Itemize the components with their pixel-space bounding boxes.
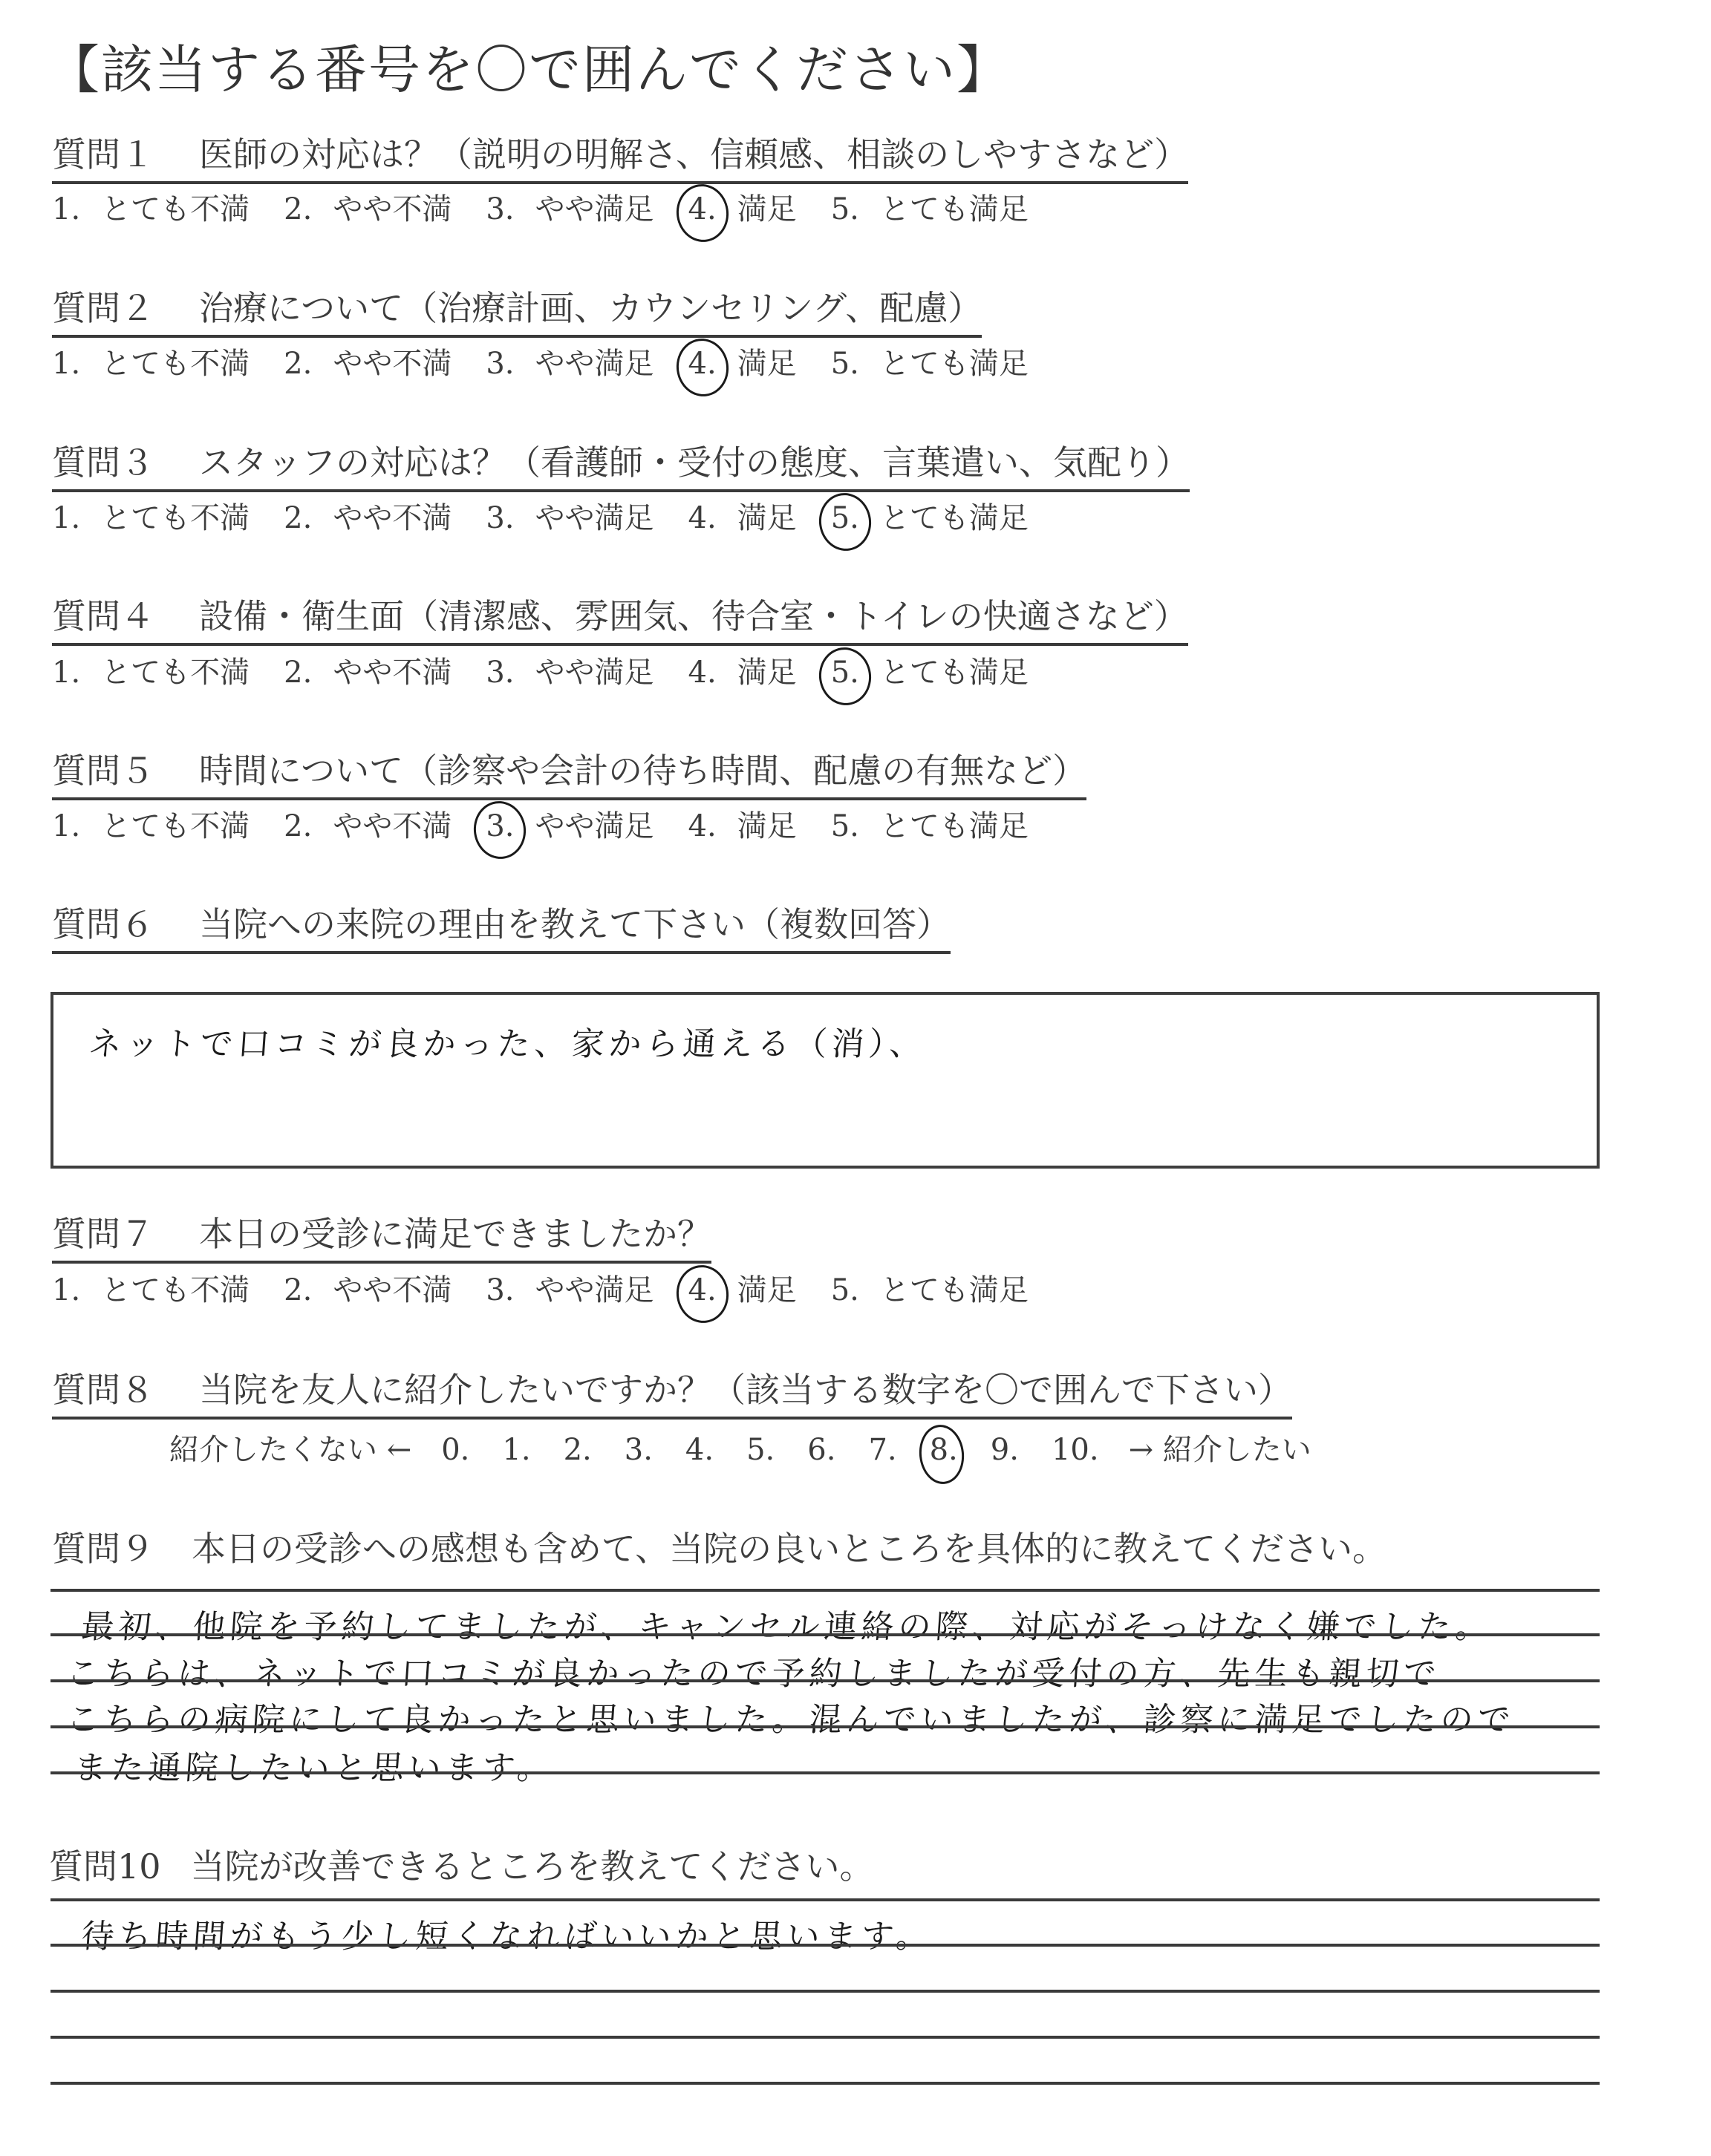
rating-option-2[interactable]: 2.やや不満 (284, 189, 452, 230)
option-label: やや不満 (333, 347, 452, 381)
question-number: 質問８ (52, 1370, 154, 1410)
scale-values[interactable]: 0.1.2.3.4.5.6.7.8.9.10. (425, 1429, 1115, 1471)
question-number: 質問６ (52, 904, 154, 944)
question-number: 質問２ (52, 288, 154, 328)
option-label: とても不満 (101, 809, 250, 843)
rating-option-1[interactable]: 1.とても不満 (52, 652, 250, 693)
rating-option-2[interactable]: 2.やや不満 (284, 1270, 452, 1311)
rating-option-1[interactable]: 1.とても不満 (52, 1270, 250, 1311)
option-number: 2. (284, 806, 312, 847)
option-label: 満足 (737, 192, 797, 226)
scale-value-10[interactable]: 10. (1052, 1429, 1099, 1471)
question-9-header: 質問９本日の受診への感想も含めて、当院の良いところを具体的に教えてください。 (52, 1522, 1386, 1571)
rating-option-2[interactable]: 2.やや不満 (284, 806, 452, 847)
question-number: 質問10 (49, 1846, 161, 1886)
option-label: とても満足 (880, 1273, 1029, 1307)
option-label: やや満足 (535, 1273, 654, 1307)
scale-value-9[interactable]: 9. (991, 1429, 1019, 1471)
question-6-answer: ネットで口コミが良かった、家から通える（消）、 (88, 1017, 928, 1065)
rating-option-1[interactable]: 1.とても不満 (52, 189, 250, 230)
option-number: 3. (486, 497, 514, 539)
question-9-answer-line-1: 最初、他院を予約してましたが、キャンセル連絡の際、対応がそっけなく嫌でした。 (80, 1600, 1494, 1647)
scale-value-4[interactable]: 4. (685, 1429, 714, 1471)
option-label: やや満足 (535, 501, 654, 535)
scale-value-6[interactable]: 6. (807, 1429, 835, 1471)
rating-option-5[interactable]: 5.とても満足 (831, 652, 1029, 693)
option-number: 1. (52, 652, 80, 693)
answer-line (50, 1898, 1600, 1901)
option-label: とても不満 (101, 501, 250, 535)
question-text: 本日の受診への感想も含めて、当院の良いところを具体的に教えてください。 (192, 1529, 1386, 1569)
rating-option-5[interactable]: 5.とても満足 (831, 343, 1029, 385)
option-number: 1. (52, 189, 80, 230)
question-7-options[interactable]: 1.とても不満2.やや不満3.やや満足4.満足5.とても満足 (52, 1270, 1063, 1311)
question-4-options[interactable]: 1.とても不満2.やや不満3.やや満足4.満足5.とても満足 (52, 652, 1063, 693)
option-number: 4. (688, 343, 717, 385)
question-10-answer-line-1: 待ち時間がもう少し短くなればいいかと思います。 (80, 1910, 935, 1957)
question-text: 設備・衛生面（清潔感、雰囲気、待合室・トイレの快適さなど） (199, 596, 1188, 636)
option-number: 3. (486, 1270, 514, 1311)
option-number: 2. (284, 189, 312, 230)
option-number: 1. (52, 1270, 80, 1311)
rating-option-3[interactable]: 3.やや満足 (486, 1270, 654, 1311)
option-label: やや不満 (333, 656, 452, 690)
option-number: 3. (486, 652, 514, 693)
rating-option-5[interactable]: 5.とても満足 (831, 497, 1029, 539)
option-number: 3. (486, 806, 514, 847)
question-text: 当院への来院の理由を教えて下さい（複数回答） (199, 904, 951, 944)
option-label: やや不満 (333, 1273, 452, 1307)
question-1-options[interactable]: 1.とても不満2.やや不満3.やや満足4.満足5.とても満足 (52, 189, 1063, 230)
option-number: 5. (831, 189, 859, 230)
question-text: 当院を友人に紹介したいですか？（該当する数字を〇で囲んで下さい） (199, 1370, 1292, 1410)
rating-option-4[interactable]: 4.満足 (688, 343, 797, 385)
question-4-header: 質問４設備・衛生面（清潔感、雰囲気、待合室・トイレの快適さなど） (52, 594, 1188, 646)
question-number: 質問５ (52, 751, 154, 791)
question-text: 当院が改善できるところを教えてください。 (191, 1846, 874, 1886)
option-number: 5. (831, 343, 859, 385)
question-number: 質問９ (52, 1529, 154, 1569)
answer-line (50, 1771, 1600, 1774)
question-text: 時間について（診察や会計の待ち時間、配慮の有無など） (199, 751, 1086, 791)
question-number: 質問４ (52, 596, 154, 636)
option-label: とても満足 (880, 347, 1029, 381)
option-label: とても満足 (880, 192, 1029, 226)
option-label: 満足 (737, 809, 797, 843)
question-text: 治療について（治療計画、カウンセリング、配慮） (199, 288, 982, 328)
option-label: 満足 (737, 656, 797, 690)
option-number: 4. (688, 189, 717, 230)
scale-left-label: 紹介したくない ← (169, 1429, 411, 1471)
option-label: やや満足 (535, 809, 654, 843)
option-label: とても満足 (880, 656, 1029, 690)
page-title: 【該当する番号を〇で囲んでください】 (48, 28, 1010, 103)
scale-value-8[interactable]: 8. (930, 1429, 958, 1471)
scale-right-label: → 紹介したい (1129, 1429, 1311, 1471)
answer-line (50, 1633, 1600, 1636)
question-3-options[interactable]: 1.とても不満2.やや不満3.やや満足4.満足5.とても満足 (52, 497, 1063, 539)
rating-option-3[interactable]: 3.やや満足 (486, 806, 654, 847)
answer-line (50, 1944, 1600, 1947)
question-3-header: 質問３スタッフの対応は？（看護師・受付の態度、言葉遣い、気配り） (52, 440, 1190, 492)
rating-option-3[interactable]: 3.やや満足 (486, 497, 654, 539)
answer-line (50, 2036, 1600, 2039)
question-text: スタッフの対応は？（看護師・受付の態度、言葉遣い、気配り） (199, 442, 1190, 483)
option-number: 4. (688, 806, 717, 847)
question-1-header: 質問１医師の対応は？（説明の明解さ、信頼感、相談のしやすさなど） (52, 132, 1188, 184)
option-number: 3. (486, 189, 514, 230)
rating-option-1[interactable]: 1.とても不満 (52, 343, 250, 385)
option-label: やや満足 (535, 192, 654, 226)
rating-option-5[interactable]: 5.とても満足 (831, 806, 1029, 847)
answer-line (50, 2082, 1600, 2085)
rating-option-3[interactable]: 3.やや満足 (486, 343, 654, 385)
option-number: 2. (284, 652, 312, 693)
option-number: 1. (52, 497, 80, 539)
rating-option-4[interactable]: 4.満足 (688, 1270, 797, 1311)
rating-option-4[interactable]: 4.満足 (688, 497, 797, 539)
rating-option-4[interactable]: 4.満足 (688, 806, 797, 847)
answer-line (50, 1589, 1600, 1592)
answer-line (50, 1679, 1600, 1682)
option-label: 満足 (737, 501, 797, 535)
option-number: 1. (52, 806, 80, 847)
question-2-header: 質問２治療について（治療計画、カウンセリング、配慮） (52, 286, 982, 338)
question-number: 質問７ (52, 1214, 154, 1254)
scale-value-3[interactable]: 3. (625, 1429, 653, 1471)
question-number: 質問１ (52, 134, 154, 174)
scale-value-0[interactable]: 0. (441, 1429, 469, 1471)
option-label: やや不満 (333, 501, 452, 535)
question-9-answer-line-3: こちらの病院にして良かったと思いました。混んでいましたが、診察に満足でしたので (65, 1693, 1516, 1740)
question-8-header: 質問８当院を友人に紹介したいですか？（該当する数字を〇で囲んで下さい） (52, 1368, 1292, 1420)
option-label: やや不満 (333, 809, 452, 843)
question-10-header: 質問10当院が改善できるところを教えてください。 (49, 1840, 874, 1889)
option-number: 4. (688, 497, 717, 539)
option-label: とても不満 (101, 192, 250, 226)
question-2-options[interactable]: 1.とても不満2.やや不満3.やや満足4.満足5.とても満足 (52, 343, 1063, 385)
question-9-answer-line-4: また通院したいと思います。 (73, 1741, 556, 1788)
option-label: やや満足 (535, 656, 654, 690)
question-8-scale[interactable]: 紹介したくない ← 0.1.2.3.4.5.6.7.8.9.10. → 紹介した… (156, 1429, 1325, 1471)
scale-value-2[interactable]: 2. (564, 1429, 592, 1471)
question-5-header: 質問５時間について（診察や会計の待ち時間、配慮の有無など） (52, 748, 1086, 800)
rating-option-2[interactable]: 2.やや不満 (284, 652, 452, 693)
rating-option-4[interactable]: 4.満足 (688, 652, 797, 693)
option-number: 4. (688, 1270, 717, 1311)
option-number: 4. (688, 652, 717, 693)
rating-option-5[interactable]: 5.とても満足 (831, 1270, 1029, 1311)
question-7-header: 質問７本日の受診に満足できましたか？ (52, 1212, 711, 1264)
question-text: 本日の受診に満足できましたか？ (199, 1214, 711, 1254)
option-number: 2. (284, 343, 312, 385)
option-label: とても満足 (880, 501, 1029, 535)
answer-line (50, 1990, 1600, 1993)
question-5-options[interactable]: 1.とても不満2.やや不満3.やや満足4.満足5.とても満足 (52, 806, 1063, 847)
scale-value-7[interactable]: 7. (868, 1429, 896, 1471)
rating-option-2[interactable]: 2.やや不満 (284, 343, 452, 385)
scale-value-1[interactable]: 1. (502, 1429, 530, 1471)
scale-value-5[interactable]: 5. (746, 1429, 775, 1471)
option-label: やや不満 (333, 192, 452, 226)
option-label: とても不満 (101, 347, 250, 381)
rating-option-4[interactable]: 4.満足 (688, 189, 797, 230)
rating-option-3[interactable]: 3.やや満足 (486, 652, 654, 693)
rating-option-2[interactable]: 2.やや不満 (284, 497, 452, 539)
option-number: 5. (831, 1270, 859, 1311)
option-number: 5. (831, 652, 859, 693)
option-number: 5. (831, 806, 859, 847)
question-9-answer-line-2: こちらは、ネットで口コミが良かったので予約しましたが受付の方、先生も親切で (65, 1647, 1442, 1694)
question-number: 質問３ (52, 442, 154, 483)
option-label: とても不満 (101, 1273, 250, 1307)
option-label: とても満足 (880, 809, 1029, 843)
option-number: 1. (52, 343, 80, 385)
option-label: 満足 (737, 1273, 797, 1307)
question-6-header: 質問６当院への来院の理由を教えて下さい（複数回答） (52, 902, 951, 954)
question-text: 医師の対応は？（説明の明解さ、信頼感、相談のしやすさなど） (199, 134, 1188, 174)
rating-option-1[interactable]: 1.とても不満 (52, 497, 250, 539)
option-number: 2. (284, 1270, 312, 1311)
option-label: やや満足 (535, 347, 654, 381)
answer-line (50, 1725, 1600, 1728)
option-label: とても不満 (101, 656, 250, 690)
rating-option-1[interactable]: 1.とても不満 (52, 806, 250, 847)
option-number: 3. (486, 343, 514, 385)
rating-option-5[interactable]: 5.とても満足 (831, 189, 1029, 230)
option-number: 2. (284, 497, 312, 539)
option-number: 5. (831, 497, 859, 539)
option-label: 満足 (737, 347, 797, 381)
rating-option-3[interactable]: 3.やや満足 (486, 189, 654, 230)
